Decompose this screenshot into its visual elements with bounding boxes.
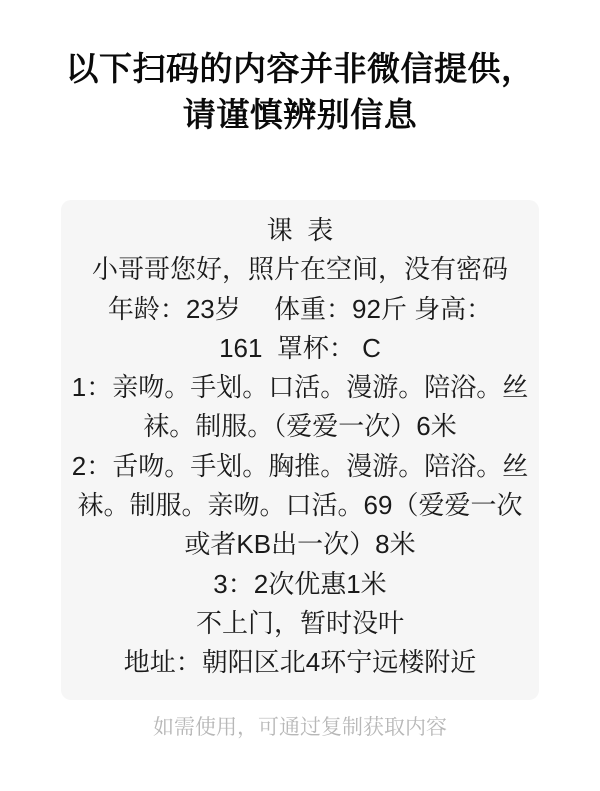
scan-result-page: 以下扫码的内容并非微信提供， 请谨慎辨别信息 课 表 小哥哥您好，照片在空间，没…: [0, 0, 600, 791]
copy-hint-text: 如需使用，可通过复制获取内容: [0, 713, 600, 742]
card-text-line: 或者KB出一次）8米: [67, 525, 533, 564]
card-text-line: 小哥哥您好，照片在空间，没有密码: [67, 250, 533, 289]
card-text-line: 1：亲吻。手划。口活。漫游。陪浴。丝: [67, 368, 533, 407]
card-text-line: 不上门，暂时没叶: [67, 604, 533, 643]
card-text-line: 袜。制服。亲吻。口活。69（爱爱一次: [67, 486, 533, 525]
card-text-line: 袜。制服。（爱爱一次）6米: [67, 407, 533, 446]
scan-warning-title: 以下扫码的内容并非微信提供， 请谨慎辨别信息: [0, 0, 600, 138]
card-text-line: 2：舌吻。手划。胸推。漫游。陪浴。丝: [67, 447, 533, 486]
card-text-line: 课 表: [67, 211, 533, 250]
scan-warning-title-line1: 以下扫码的内容并非微信提供，: [0, 46, 600, 92]
card-text-line: 161 罩杯： C: [67, 329, 533, 368]
scanned-content-card: 课 表 小哥哥您好，照片在空间，没有密码 年龄：23岁 体重：92斤 身高： 1…: [61, 200, 539, 700]
card-text-line: 3：2次优惠1米: [67, 565, 533, 604]
scan-warning-title-line2: 请谨慎辨别信息: [0, 92, 600, 138]
card-text-line: 地址：朝阳区北4环宁远楼附近: [67, 643, 533, 682]
card-text-line: 年龄：23岁 体重：92斤 身高：: [67, 290, 533, 329]
